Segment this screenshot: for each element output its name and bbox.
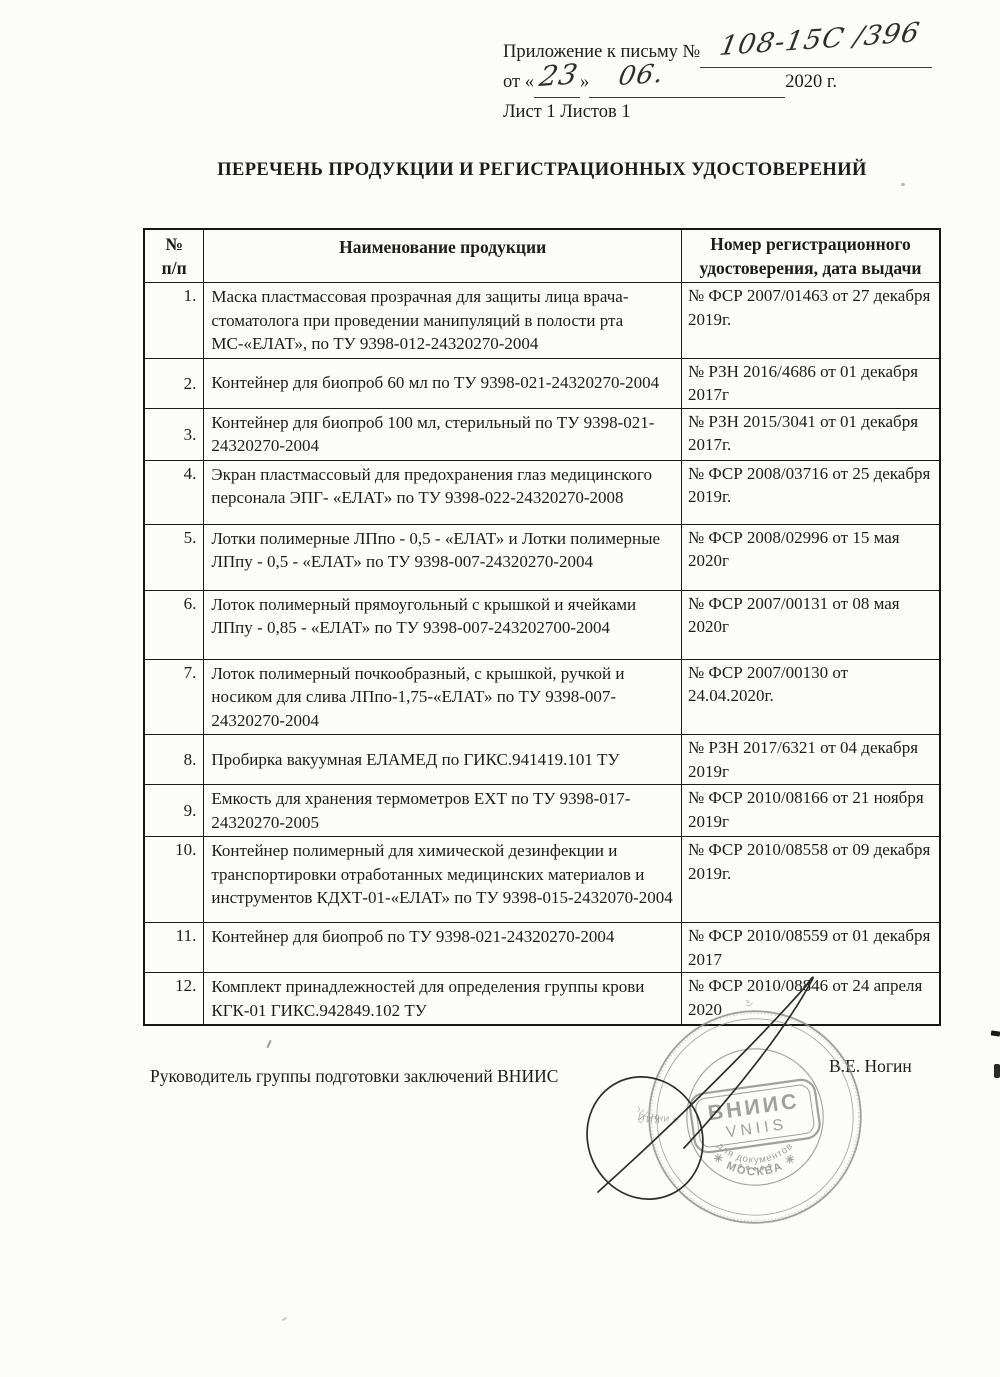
month-underline: 06. [589,68,785,98]
col-header-cert-line2: удостоверения, дата выдачи [686,256,935,280]
cert-number: № ФСР 2007/01463 от 27 декабря 2019г. [681,283,940,359]
row-num: 12. [144,973,204,1026]
letter-reference-block: Приложение к письму №108-15С /396 от «23… [503,38,963,127]
table-row: 4. Экран пластмассовый для предохранения… [144,460,940,524]
col-header-num-line1: № [149,232,199,256]
table-row: 10. Контейнер полимерный для химической … [144,837,940,923]
table-row: 1. Маска пластмассовая прозрачная для за… [144,283,940,359]
product-name: Лотки полимерные ЛПпо - 0,5 - «ЕЛАТ» и Л… [204,524,682,590]
product-name: Лоток полимерный почкообразный, с крышко… [204,659,682,735]
day-underline: 23 [534,68,580,98]
table-row: 8. Пробирка вакуумная ЕЛАМЕД по ГИКС.941… [144,735,940,785]
table-row: 7. Лоток полимерный почкообразный, с кры… [144,659,940,735]
row-num: 1. [144,283,204,359]
letter-ref-label: Приложение к письму № [503,42,700,62]
col-header-cert: Номер регистрационного удостоверения, да… [681,229,940,283]
table-row: 9. Емкость для хранения термометров ЕХТ … [144,785,940,837]
product-name: Контейнер полимерный для химической дези… [204,837,682,923]
scanned-document-page: Приложение к письму №108-15С /396 от «23… [0,0,1000,1377]
row-num: 7. [144,659,204,735]
row-num: 5. [144,524,204,590]
header-row: № п/п Наименование продукции Номер регис… [144,229,940,283]
cert-number: № РЗН 2017/6321 от 04 декабря 2019г [681,735,940,785]
product-name: Пробирка вакуумная ЕЛАМЕД по ГИКС.941419… [204,735,682,785]
cert-number: № РЗН 2016/4686 от 01 декабря 2017г [681,358,940,408]
product-name: Контейнер для биопроб по ТУ 9398-021-243… [204,923,682,973]
col-header-product: Наименование продукции [204,229,682,283]
product-name: Контейнер для биопроб 100 мл, стерильный… [204,408,682,460]
cert-number: № РЗН 2015/3041 от 01 декабря 2017г. [681,408,940,460]
product-name: Контейнер для биопроб 60 мл по ТУ 9398-0… [204,358,682,408]
row-num: 11. [144,923,204,973]
signature-loop [570,1058,723,1219]
quote-close: » [580,72,589,92]
table-row: 11. Контейнер для биопроб по ТУ 9398-021… [144,923,940,973]
handwritten-letter-number: 108-15С /396 [718,23,921,57]
year-label: 2020 г. [785,72,837,92]
letter-number-underline: 108-15С /396 [700,38,932,68]
product-name: Экран пластмассовый для предохранения гл… [204,460,682,524]
col-header-cert-line1: Номер регистрационного [686,232,935,256]
row-num: 8. [144,735,204,785]
cert-number: № ФСР 2007/00130 от 24.04.2020г. [681,659,940,735]
table-body: 1. Маска пластмассовая прозрачная для за… [144,283,940,1026]
row-num: 10. [144,837,204,923]
cert-number: № ФСР 2010/08166 от 21 ноября 2019г [681,785,940,837]
letter-ref-line2: от «23»06.2020 г. [503,68,963,98]
table-row: 2. Контейнер для биопроб 60 мл по ТУ 939… [144,358,940,408]
table-row: 6. Лоток полимерный прямоугольный с крыш… [144,590,940,659]
handwritten-month: 06. [617,64,666,87]
cert-number: № ФСР 2007/00131 от 08 мая 2020г [681,590,940,659]
date-from-label: от « [503,72,534,92]
product-name: Емкость для хранения термометров ЕХТ по … [204,785,682,837]
table-row: 3. Контейнер для биопроб 100 мл, стериль… [144,408,940,460]
col-header-num: № п/п [144,229,204,283]
row-num: 3. [144,408,204,460]
signatory-title: Руководитель группы подготовки заключени… [150,1066,558,1087]
table-header: № п/п Наименование продукции Номер регис… [144,229,940,283]
scan-artifact-tick [266,1040,271,1048]
products-table: № п/п Наименование продукции Номер регис… [143,228,941,1026]
product-name: Маска пластмассовая прозрачная для защит… [204,283,682,359]
document-title: ПЕРЕЧЕНЬ ПРОДУКЦИИ И РЕГИСТРАЦИОННЫХ УДО… [143,160,941,181]
product-name: Лоток полимерный прямоугольный с крышкой… [204,590,682,659]
row-num: 6. [144,590,204,659]
cert-number: № ФСР 2008/03716 от 25 декабря 2019г. [681,460,940,524]
row-num: 2. [144,358,204,408]
handwritten-day: 23 [538,64,580,87]
scan-artifact-edge [991,1030,1000,1036]
table-row: 5. Лотки полимерные ЛПпо - 0,5 - «ЕЛАТ» … [144,524,940,590]
cert-number: № ФСР 2010/08559 от 01 декабря 2017 [681,923,940,973]
signature-main-stroke [598,977,813,1192]
sheet-count: Лист 1 Листов 1 [503,98,963,127]
cert-number: № ФСР 2008/02996 от 15 мая 2020г [681,524,940,590]
col-header-num-line2: п/п [149,256,199,280]
pen-signature [570,968,840,1248]
row-num: 4. [144,460,204,524]
scan-artifact-edge [994,1064,1000,1078]
cert-number: № ФСР 2010/08558 от 09 декабря 2019г. [681,837,940,923]
scan-artifact-dot [901,183,905,186]
scan-artifact-dot [282,1317,287,1321]
row-num: 9. [144,785,204,837]
